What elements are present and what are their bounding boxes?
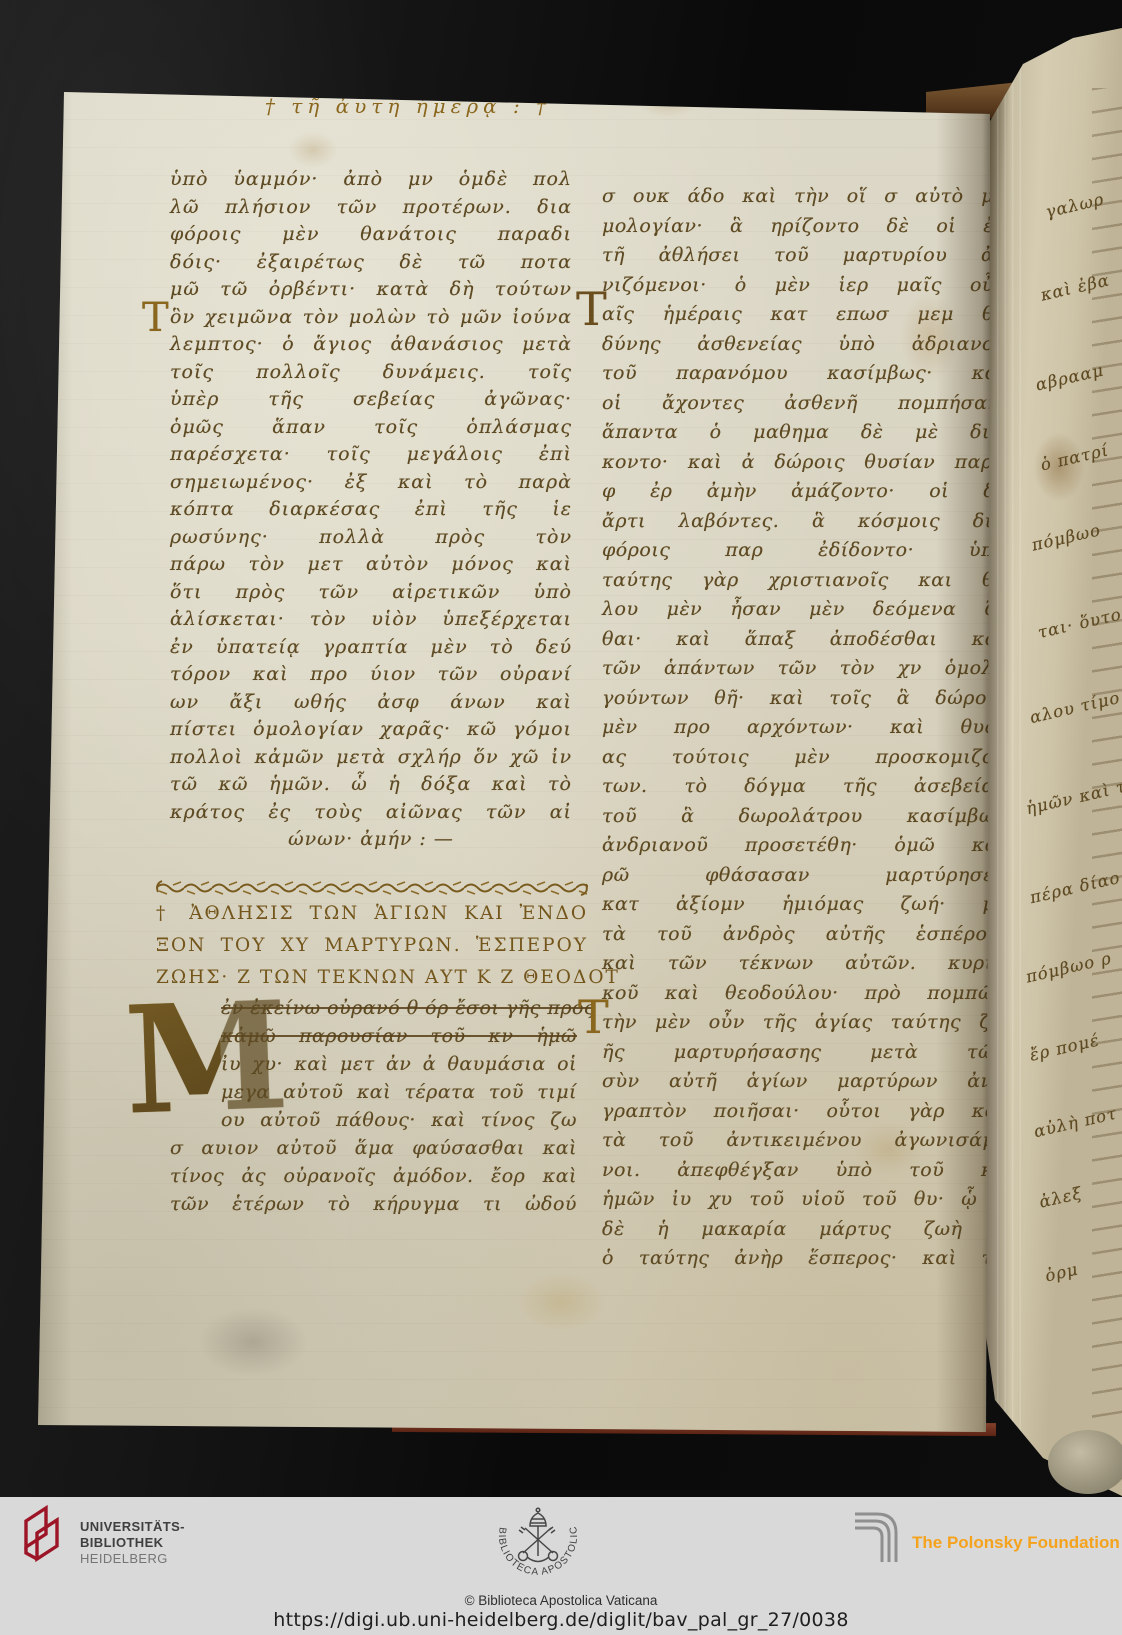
polonsky-wordmark: The Polonsky Foundation (912, 1533, 1120, 1553)
manuscript-line: πολλοὶ κἀμῶν μετὰ σχλήρ ὅν χῶ ἰν (170, 744, 572, 772)
scan-viewer-page: γαλωρ καὶ ἐβα αβρααμ ὁ πατρί πόμβωο ται·… (0, 0, 1122, 1635)
ub-line2: BIBLIOTHEK (80, 1535, 185, 1551)
page-gutter-shadow (936, 92, 990, 1432)
ub-heidelberg-logo-icon (20, 1505, 70, 1572)
facing-page-text-fragment: ἀλεξ (1037, 1183, 1084, 1211)
manuscript-line: ὑπὸ ὑαμμόν· ἀπὸ μν ὁμδὲ πολ (170, 166, 572, 194)
manuscript-line: λῶ πλήσιον τῶν προτέρων. δια (170, 194, 572, 222)
page-left-edge-shadow (38, 92, 72, 1432)
manuscript-line: μῶ τῶ ὀρβέντι· κατὰ δὴ τούτων (170, 276, 572, 304)
manuscript-line: τόρον καὶ προ ύιον τῶν οὐρανί (170, 661, 572, 689)
seal-arc-text: BIBLIOTECA APOSTOLICA VATICANA (477, 1501, 580, 1578)
ub-line3: HEIDELBERG (80, 1551, 185, 1567)
manuscript-line: ὅτι πρὸς τῶν αἱρετικῶν ὑπὸ (170, 579, 572, 607)
manuscript-line: ρωσύνης· πολλὰ πρὸς τὸν (170, 524, 572, 552)
manuscript-line: πάρω τὸν μετ αὐτὸν μόνος καὶ (170, 551, 572, 579)
ub-line1: UNIVERSITÄTS- (80, 1519, 185, 1535)
source-url: https://digi.ub.uni-heidelberg.de/diglit… (0, 1609, 1122, 1631)
facing-page-text-fragment: ὀρμ (1043, 1259, 1080, 1285)
parchment-stain (638, 88, 698, 118)
manuscript-line: λεμπτος· ὁ ἅγιος ἀθανάσιος μετὰ (170, 331, 572, 359)
left-column-block1: Τ ὑπὸ ὑαμμόν· ἀπὸ μν ὁμδὲ πολ λῶ πλήσιον… (170, 166, 572, 854)
parchment-stain (516, 1272, 606, 1332)
facing-page-text-fragment: ἔρ πομέ (1028, 1030, 1102, 1065)
manuscript-line: ἐν ὑπατείᾳ γραπτία μὲν τὸ δεύ (170, 634, 572, 662)
manuscript-line: τῶ κῶ ἡμῶν. ὧ ἡ δόξα καὶ τὸ (170, 771, 572, 799)
copyright-line: © Biblioteca Apostolica Vaticana (0, 1593, 1122, 1608)
manuscript-line: φόροις μὲν θανάτοις παραδι (170, 221, 572, 249)
polonsky-logo-icon (853, 1509, 909, 1568)
ub-heidelberg-wordmark: UNIVERSITÄTS- BIBLIOTHEK HEIDELBERG (80, 1519, 185, 1567)
manuscript-line: τοῖς πολλοῖς δυνάμεις. τοῖς (170, 359, 572, 387)
manuscript-line: ώνων· ἀμήν : — (170, 826, 572, 854)
illuminated-initial-m: Μ (123, 992, 224, 1133)
manuscript-line: ὁμῶς ἅπαν τοῖς ὁπλάσμας (170, 414, 572, 442)
title-line: ΞΟΝ ΤΟΥ ΧΥ ΜΑΡΤΥΡΩΝ. ἙΣΠΕΡΟΥ (156, 930, 588, 962)
manuscript-line: σημειωμένος· ἐξ καὶ τὸ παρὰ (170, 469, 572, 497)
title-line: † ἈΘΛΗΣΙΣ ΤΩΝ ἉΓΙΩΝ ΚΑΙ ἘΝΔΟ (156, 898, 588, 930)
manuscript-line: ων ἄξι ωθής ἀσφ άνων καὶ (170, 689, 572, 717)
marginal-initial-tau: Τ (578, 994, 609, 1040)
parchment-stain (198, 1307, 308, 1377)
manuscript-line: κράτος ἐς τοὺς αἰῶνας τῶν αἰ (170, 799, 572, 827)
marginal-initial-tau: Τ (142, 298, 170, 338)
manuscript-line: ὃν χειμῶνα τὸν μολὼν τὸ μῶν ἰούνα (170, 304, 572, 332)
manuscript-line: ὑπὲρ τῆς σεβείας ἀγῶνας· (170, 386, 572, 414)
svg-text:BIBLIOTECA APOSTOLICA VATICANA: BIBLIOTECA APOSTOLICA VATICANA (477, 1501, 580, 1578)
manuscript-line: ἁλίσκεται· τὸν υἱὸν ὑπεξέρχεται (170, 606, 572, 634)
vatican-library-seal-icon: BIBLIOTECA APOSTOLICA VATICANA (477, 1501, 599, 1598)
manuscript-page: † τῆ ἀυτῆ ἡμέρᾳ : † Τ ὑπὸ ὑαμμόν· ἀπὸ μν… (38, 92, 990, 1432)
facing-page-edge: γαλωρ καὶ ἐβα αβρααμ ὁ πατρί πόμβωο ται·… (985, 28, 1122, 1496)
marginal-initial-tau: Τ (576, 286, 607, 332)
manuscript-line: κόπτα διαρκέσας ἐπὶ τῆς ἱε (170, 496, 572, 524)
parchment-stain (288, 132, 338, 168)
page-header-rubric: † τῆ ἀυτῆ ἡμέρᾳ : † (198, 94, 618, 118)
manuscript-line: τίνος ἀς οὐρανοῖς ἀμόδον. ἔορ καὶ (125, 1162, 577, 1190)
manuscript-line: παρέσχετα· τοῖς μεγάλοις ἐπὶ (170, 441, 572, 469)
manuscript-line: πίστει ὁμολογίαν χαρᾶς· κῶ γόμοι (170, 716, 572, 744)
credits-footer: UNIVERSITÄTS- BIBLIOTHEK HEIDELBERG BIBL… (0, 1497, 1122, 1635)
page-stack-edges (991, 28, 1027, 1496)
manuscript-line: τῶν ἑτέρων τὸ κήρυγμα τι ὠδού (125, 1190, 577, 1218)
page-bottom-corner (1048, 1430, 1122, 1494)
left-column-block2: Μ ἐν ἐκείνω οὐρανό θ όρ ἔσοι γῆς προς κἀ… (125, 994, 577, 1218)
manuscript-line: δόις· ἐξαιρέτως δὲ τῶ ποτα (170, 249, 572, 277)
ornamental-divider-band (156, 880, 588, 896)
